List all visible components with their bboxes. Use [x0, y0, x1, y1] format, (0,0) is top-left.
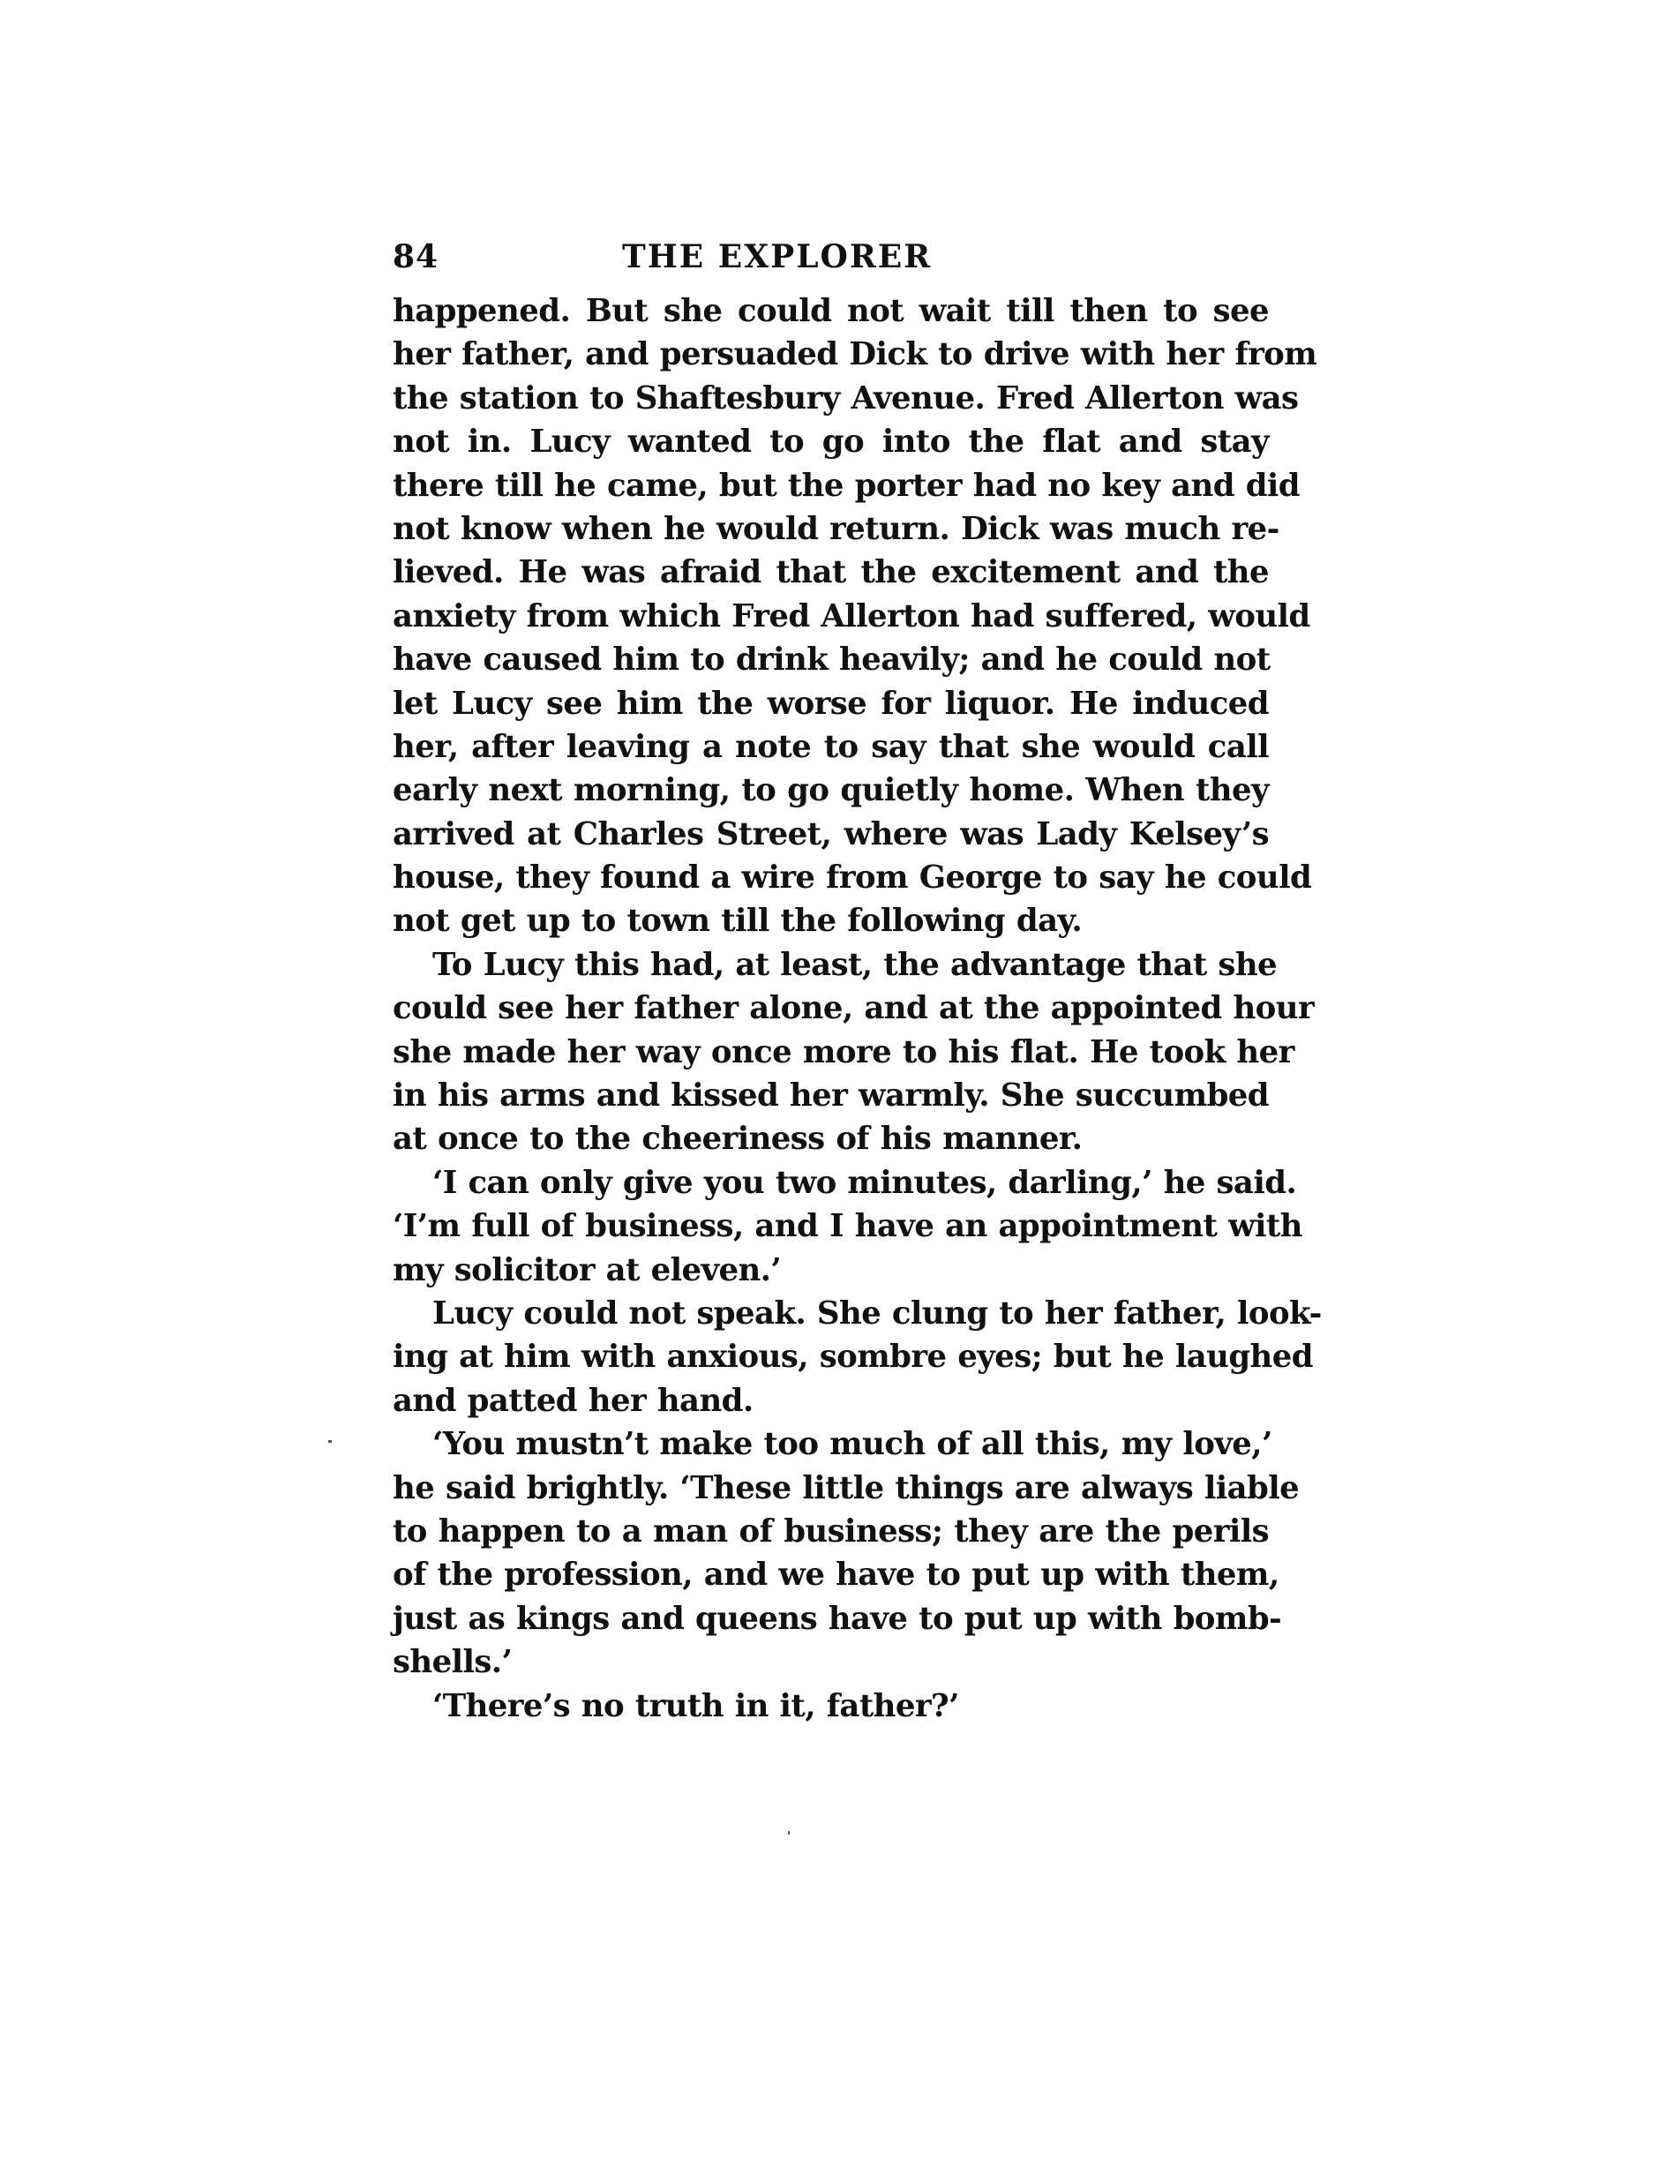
text-line: not get up to town till the following da…: [393, 899, 1269, 942]
text-line: let Lucy see him the worse for liquor. H…: [393, 682, 1269, 725]
text-line: shells.’: [393, 1640, 1269, 1684]
text-line: at once to the cheeriness of his manner.: [393, 1117, 1269, 1160]
text-line: anxiety from which Fred Allerton had suf…: [393, 595, 1269, 638]
text-line: and patted her hand.: [393, 1379, 1269, 1422]
book-page: 84 THE EXPLORER happened. But she could …: [393, 231, 1269, 1728]
text-line: not in. Lucy wanted to go into the flat …: [393, 420, 1269, 463]
text-line: in his arms and kissed her warmly. She s…: [393, 1074, 1269, 1117]
text-line: ‘You mustn’t make too much of all this, …: [393, 1422, 1269, 1466]
text-line: could see her father alone, and at the a…: [393, 987, 1269, 1030]
text-line: he said brightly. ‘These little things a…: [393, 1467, 1269, 1510]
text-line: ing at him with anxious, sombre eyes; bu…: [393, 1335, 1269, 1378]
running-title: THE EXPLORER: [622, 238, 932, 275]
text-line: Lucy could not speak. She clung to her f…: [393, 1292, 1269, 1335]
text-line: her father, and persuaded Dick to drive …: [393, 333, 1269, 376]
scan-speck: [788, 1831, 790, 1835]
text-line: have caused him to drink heavily; and he…: [393, 638, 1269, 681]
text-line: happened. But she could not wait till th…: [393, 289, 1269, 333]
text-line: she made her way once more to his flat. …: [393, 1031, 1269, 1074]
text-line: ‘There’s no truth in it, father?’: [393, 1685, 1269, 1728]
text-line: early next morning, to go quietly home. …: [393, 769, 1269, 812]
text-line: to happen to a man of business; they are…: [393, 1510, 1269, 1553]
text-line: there till he came, but the porter had n…: [393, 464, 1269, 507]
body-text: happened. But she could not wait till th…: [393, 289, 1269, 1728]
text-line: To Lucy this had, at least, the advantag…: [393, 943, 1269, 987]
text-line: my solicitor at eleven.’: [393, 1249, 1269, 1292]
text-line: not know when he would return. Dick was …: [393, 507, 1269, 551]
scan-speck: [328, 1440, 332, 1443]
text-line: the station to Shaftesbury Avenue. Fred …: [393, 377, 1269, 420]
text-line: ‘I can only give you two minutes, darlin…: [393, 1161, 1269, 1205]
text-line: ‘I’m full of business, and I have an app…: [393, 1205, 1269, 1248]
text-line: arrived at Charles Street, where was Lad…: [393, 813, 1269, 856]
text-line: lieved. He was afraid that the excitemen…: [393, 551, 1269, 594]
running-head: 84 THE EXPLORER: [393, 231, 1269, 284]
text-line: house, they found a wire from George to …: [393, 856, 1269, 899]
text-line: of the profession, and we have to put up…: [393, 1553, 1269, 1596]
text-line: just as kings and queens have to put up …: [393, 1597, 1269, 1640]
text-line: her, after leaving a note to say that sh…: [393, 725, 1269, 769]
page-number: 84: [393, 238, 439, 275]
